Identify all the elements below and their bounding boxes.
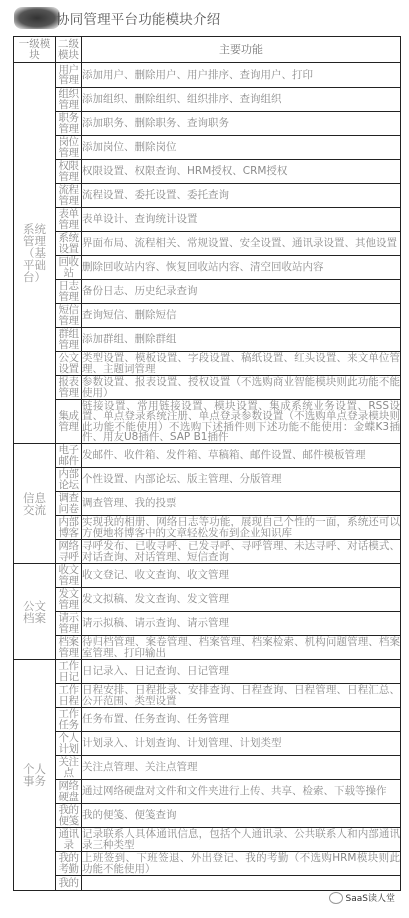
table-header-row: 一级模块 二级模块 主要功能: [14, 37, 401, 63]
table-row: 信息交流 电子邮件 发邮件、收件箱、发件箱、草稿箱、邮件设置、邮件模板管理: [14, 444, 401, 468]
submodule: 报表管理: [56, 376, 82, 400]
header-main-function: 主要功能: [82, 37, 401, 63]
table-row: 集成管理链接设置、常用链接设置、模块设置、集成系统业务设置、RSS设置、单点登录…: [14, 400, 401, 444]
function-text: 添加用户、删除用户、用户排序、查询用户、打印: [82, 63, 401, 88]
submodule: 请示管理: [56, 612, 82, 636]
submodule: 职务管理: [56, 112, 82, 136]
submodule: 群组管理: [56, 328, 82, 352]
submodule: 调查问卷: [56, 492, 82, 516]
submodule: 通讯录: [56, 828, 82, 852]
header-level1: 一级模块: [14, 37, 56, 63]
module-table: 一级模块 二级模块 主要功能 系统管理（基平础台） 用户管理 添加用户、删除用户…: [13, 36, 401, 891]
table-row: 通讯录记录联系人具体通讯信息，包括个人通讯录、公共联系人和内部通讯录三种类型: [14, 828, 401, 852]
table-row: 权限管理权限设置、权限查询、HRM授权、CRM授权: [14, 160, 401, 184]
submodule: 工作任务: [56, 708, 82, 732]
table-row: 系统管理（基平础台） 用户管理 添加用户、删除用户、用户排序、查询用户、打印: [14, 63, 401, 88]
function-text: 记录联系人具体通讯信息，包括个人通讯录、公共联系人和内部通讯录三种类型: [82, 828, 401, 852]
watermark-text: SaaS读人堂: [346, 891, 395, 904]
table-row: 内部博客实现我的相册、网络日志等功能，展现自己个性的一面，系统还可以方便地将博客…: [14, 516, 401, 540]
document-title: 协同管理平台功能模块介绍: [56, 8, 220, 28]
table-row: 流程管理流程设置、委托设置、委托查询: [14, 184, 401, 208]
submodule: 档案管理: [56, 636, 82, 660]
function-text: 待归档管理、案卷管理、档案管理、档案检索、机构问题管理、档案室管理、打印输出: [82, 636, 401, 660]
function-text: 添加群组、删除群组: [82, 328, 401, 352]
table-row: 岗位管理添加岗位、删除岗位: [14, 136, 401, 160]
function-text: 界面布局、流程相关、常规设置、安全设置、通讯录设置、其他设置: [82, 232, 401, 256]
submodule: 系统设置: [56, 232, 82, 256]
submodule: 电子邮件: [56, 444, 82, 468]
submodule: 内部论坛: [56, 468, 82, 492]
document-title-bar: 协同管理平台功能模块介绍: [14, 6, 220, 30]
submodule: 我的: [56, 876, 82, 891]
submodule: 内部博客: [56, 516, 82, 540]
module-personal-affairs: 个人事务: [14, 660, 56, 891]
module-info-exchange: 信息交流: [14, 444, 56, 564]
submodule: 回收站: [56, 256, 82, 280]
table-row: 日志管理备份日志、历史纪录查询: [14, 280, 401, 304]
function-text: 我的便笺、便笺查询: [82, 804, 401, 828]
submodule: 发文管理: [56, 588, 82, 612]
table-row: 我的考勤上班签到、下班签退、外出登记、我的考勤（不选购HRM模块则此功能不能使用…: [14, 852, 401, 876]
table-row: 档案管理待归档管理、案卷管理、档案管理、档案检索、机构问题管理、档案室管理、打印…: [14, 636, 401, 660]
table-row: 系统设置界面布局、流程相关、常规设置、安全设置、通讯录设置、其他设置: [14, 232, 401, 256]
submodule: 关注点: [56, 756, 82, 780]
submodule: 流程管理: [56, 184, 82, 208]
function-text: 流程设置、委托设置、委托查询: [82, 184, 401, 208]
function-text: 通过网络硬盘对文件和文件夹进行上传、共享、检索、下载等操作: [82, 780, 401, 804]
function-text: 添加职务、删除职务、查询职务: [82, 112, 401, 136]
submodule: 组织管理: [56, 88, 82, 112]
submodule: 收文管理: [56, 564, 82, 588]
function-text: [82, 876, 401, 891]
submodule: 公文设置: [56, 352, 82, 376]
function-text: 添加岗位、删除岗位: [82, 136, 401, 160]
table-row: 个人事务 工作日记 日记录入、日记查询、日记管理: [14, 660, 401, 684]
function-text: 任务布置、任务查询、任务管理: [82, 708, 401, 732]
function-text: 发文拟稿、发文查询、发文管理: [82, 588, 401, 612]
function-text: 日程安排、日程批录、安排查询、日程查询、日程管理、日程汇总、公开范围、类型设置: [82, 684, 401, 708]
function-text: 关注点管理、关注点管理: [82, 756, 401, 780]
table-row: 报表管理参数设置、报表设置、授权设置（不选购商业智能模块则此功能不能使用）: [14, 376, 401, 400]
submodule: 网络硬盘: [56, 780, 82, 804]
table-row: 网络硬盘通过网络硬盘对文件和文件夹进行上传、共享、检索、下载等操作: [14, 780, 401, 804]
submodule: 短信管理: [56, 304, 82, 328]
table-row: 表单管理表单设计、查询统计设置: [14, 208, 401, 232]
table-row: 我的: [14, 876, 401, 891]
function-text: 收文登记、收文查询、收文管理: [82, 564, 401, 588]
function-text: 上班签到、下班签退、外出登记、我的考勤（不选购HRM模块则此功能不能使用）: [82, 852, 401, 876]
table-row: 网络寻呼寻呼发布、已收寻呼、已发寻呼、寻呼管理、未达寻呼、对话模式、对话查询、对…: [14, 540, 401, 564]
function-text: 添加组织、删除组织、组织排序、查询组织: [82, 88, 401, 112]
function-text: 发邮件、收件箱、发件箱、草稿箱、邮件设置、邮件模板管理: [82, 444, 401, 468]
module-system: 系统管理（基平础台）: [14, 63, 56, 444]
wechat-icon: [329, 892, 343, 904]
function-text: 个性设置、内部论坛、版主管理、分版管理: [82, 468, 401, 492]
function-text: 删除回收站内容、恢复回收站内容、清空回收站内容: [82, 256, 401, 280]
submodule: 岗位管理: [56, 136, 82, 160]
submodule: 权限管理: [56, 160, 82, 184]
function-text: 查询短信、删除短信: [82, 304, 401, 328]
table-row: 我的便笺我的便笺、便笺查询: [14, 804, 401, 828]
submodule: 网络寻呼: [56, 540, 82, 564]
submodule: 工作日记: [56, 660, 82, 684]
function-text: 参数设置、报表设置、授权设置（不选购商业智能模块则此功能不能使用）: [82, 376, 401, 400]
function-text: 日记录入、日记查询、日记管理: [82, 660, 401, 684]
table-row: 调查问卷调查管理、我的投票: [14, 492, 401, 516]
redacted-logo: [14, 7, 60, 29]
table-row: 群组管理添加群组、删除群组: [14, 328, 401, 352]
function-text: 类型设置、模板设置、字段设置、稿纸设置、红头设置、来文单位管理、主题词管理: [82, 352, 401, 376]
table-row: 职务管理添加职务、删除职务、查询职务: [14, 112, 401, 136]
submodule: 工作日程: [56, 684, 82, 708]
table-row: 内部论坛个性设置、内部论坛、版主管理、分版管理: [14, 468, 401, 492]
header-level2: 二级模块: [56, 37, 82, 63]
table-row: 短信管理查询短信、删除短信: [14, 304, 401, 328]
function-text: 计划录入、计划查询、计划管理、计划类型: [82, 732, 401, 756]
function-text: 实现我的相册、网络日志等功能，展现自己个性的一面，系统还可以方便地将博客中的文章…: [82, 516, 401, 540]
table-row: 工作任务任务布置、任务查询、任务管理: [14, 708, 401, 732]
submodule: 我的考勤: [56, 852, 82, 876]
submodule: 集成管理: [56, 400, 82, 444]
function-text: 权限设置、权限查询、HRM授权、CRM授权: [82, 160, 401, 184]
table-row: 回收站删除回收站内容、恢复回收站内容、清空回收站内容: [14, 256, 401, 280]
submodule: 用户管理: [56, 63, 82, 88]
function-text: 表单设计、查询统计设置: [82, 208, 401, 232]
watermark: SaaS读人堂: [329, 891, 395, 904]
submodule: 日志管理: [56, 280, 82, 304]
table-row: 个人计划计划录入、计划查询、计划管理、计划类型: [14, 732, 401, 756]
function-text: 请示拟稿、请示查询、请示管理: [82, 612, 401, 636]
table-row: 请示管理请示拟稿、请示查询、请示管理: [14, 612, 401, 636]
submodule: 表单管理: [56, 208, 82, 232]
table-row: 公文设置类型设置、模板设置、字段设置、稿纸设置、红头设置、来文单位管理、主题词管…: [14, 352, 401, 376]
table-row: 组织管理添加组织、删除组织、组织排序、查询组织: [14, 88, 401, 112]
submodule: 个人计划: [56, 732, 82, 756]
function-text: 备份日志、历史纪录查询: [82, 280, 401, 304]
module-document-archive: 公文档案: [14, 564, 56, 660]
table-row: 关注点关注点管理、关注点管理: [14, 756, 401, 780]
function-text: 寻呼发布、已收寻呼、已发寻呼、寻呼管理、未达寻呼、对话模式、对话查询、对话管理、…: [82, 540, 401, 564]
function-text: 调查管理、我的投票: [82, 492, 401, 516]
table-row: 发文管理发文拟稿、发文查询、发文管理: [14, 588, 401, 612]
function-text: 链接设置、常用链接设置、模块设置、集成系统业务设置、RSS设置、单点登录系统注册…: [82, 400, 401, 444]
table-row: 工作日程日程安排、日程批录、安排查询、日程查询、日程管理、日程汇总、公开范围、类…: [14, 684, 401, 708]
submodule: 我的便笺: [56, 804, 82, 828]
table-row: 公文档案 收文管理 收文登记、收文查询、收文管理: [14, 564, 401, 588]
